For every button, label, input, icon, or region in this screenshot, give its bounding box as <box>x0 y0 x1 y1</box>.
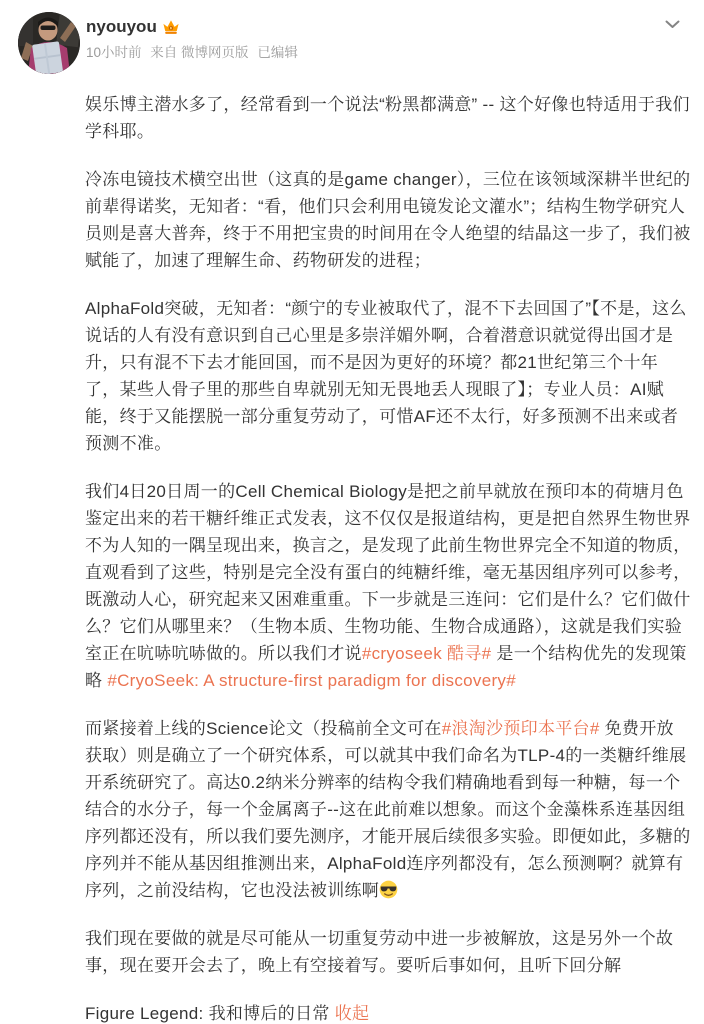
collapse-link[interactable]: 收起 <box>335 1004 370 1023</box>
avatar-photo <box>18 12 80 74</box>
post-header: nyouyou 10小时前 来自 微博网页版 已编辑 <box>18 12 688 74</box>
text-run: Figure Legend: 我和博后的日常 <box>85 1004 335 1023</box>
post-timestamp[interactable]: 10小时前 <box>86 45 142 60</box>
post-meta: 10小时前 来自 微博网页版 已编辑 <box>86 45 303 61</box>
user-avatar[interactable] <box>18 12 80 74</box>
vip-crown-icon <box>162 19 180 35</box>
edited-label[interactable]: 已编辑 <box>257 45 298 60</box>
text-run: AlphaFold突破，无知者：“颜宁的专业被取代了，混不下去回国了”【不是，这… <box>85 299 687 453</box>
post-paragraph: 娱乐博主潜水多了，经常看到一个说法“粉黑都满意” -- 这个好像也特适用于我们学… <box>85 91 691 145</box>
text-run: 而紧接着上线的Science论文（投稿前全文可在 <box>85 719 442 738</box>
user-info: nyouyou 10小时前 来自 微博网页版 已编辑 <box>86 12 303 61</box>
text-run: 免费开放获取）则是确立了一个研究体系，可以就其中我们命名为TLP-4的一类糖纤维… <box>85 719 691 900</box>
post-body: 娱乐博主潜水多了，经常看到一个说法“粉黑都满意” -- 这个好像也特适用于我们学… <box>85 91 691 1024</box>
username[interactable]: nyouyou <box>86 16 157 38</box>
post-paragraph: 我们4日20日周一的Cell Chemical Biology是把之前早就放在预… <box>85 478 691 694</box>
post-paragraph: 而紧接着上线的Science论文（投稿前全文可在#浪淘沙预印本平台# 免费开放获… <box>85 715 691 904</box>
post-paragraph: 冷冻电镜技术横空出世（这真的是game changer），三位在该领域深耕半世纪… <box>85 166 691 274</box>
text-run: 我们现在要做的就是尽可能从一切重复劳动中进一步被解放，这是另外一个故事，现在要开… <box>85 929 673 975</box>
post-menu-chevron-down-icon[interactable] <box>663 18 682 31</box>
cryoseek-hashtag-link[interactable]: #cryoseek 酷寻# <box>362 644 492 663</box>
cryoseek-english-hashtag-link[interactable]: #CryoSeek: A structure-first paradigm fo… <box>107 671 516 690</box>
post-paragraph: Figure Legend: 我和博后的日常 收起 <box>85 1000 691 1024</box>
text-run: 我们4日20日周一的Cell Chemical Biology是把之前早就放在预… <box>85 482 691 663</box>
post-paragraph: AlphaFold突破，无知者：“颜宁的专业被取代了，混不下去回国了”【不是，这… <box>85 295 691 457</box>
text-run: 冷冻电镜技术横空出世（这真的是game changer），三位在该领域深耕半世纪… <box>85 170 691 270</box>
post-source[interactable]: 来自 微博网页版 <box>150 45 248 60</box>
text-run: 娱乐博主潜水多了，经常看到一个说法“粉黑都满意” -- 这个好像也特适用于我们学… <box>85 95 690 141</box>
weibo-post: nyouyou 10小时前 来自 微博网页版 已编辑 娱 <box>0 0 704 1024</box>
langtaosha-preprint-hashtag-link[interactable]: #浪淘沙预印本平台# <box>442 719 600 738</box>
post-paragraph: 我们现在要做的就是尽可能从一切重复劳动中进一步被解放，这是另外一个故事，现在要开… <box>85 925 691 979</box>
sunglasses-face-emoji <box>379 880 398 899</box>
